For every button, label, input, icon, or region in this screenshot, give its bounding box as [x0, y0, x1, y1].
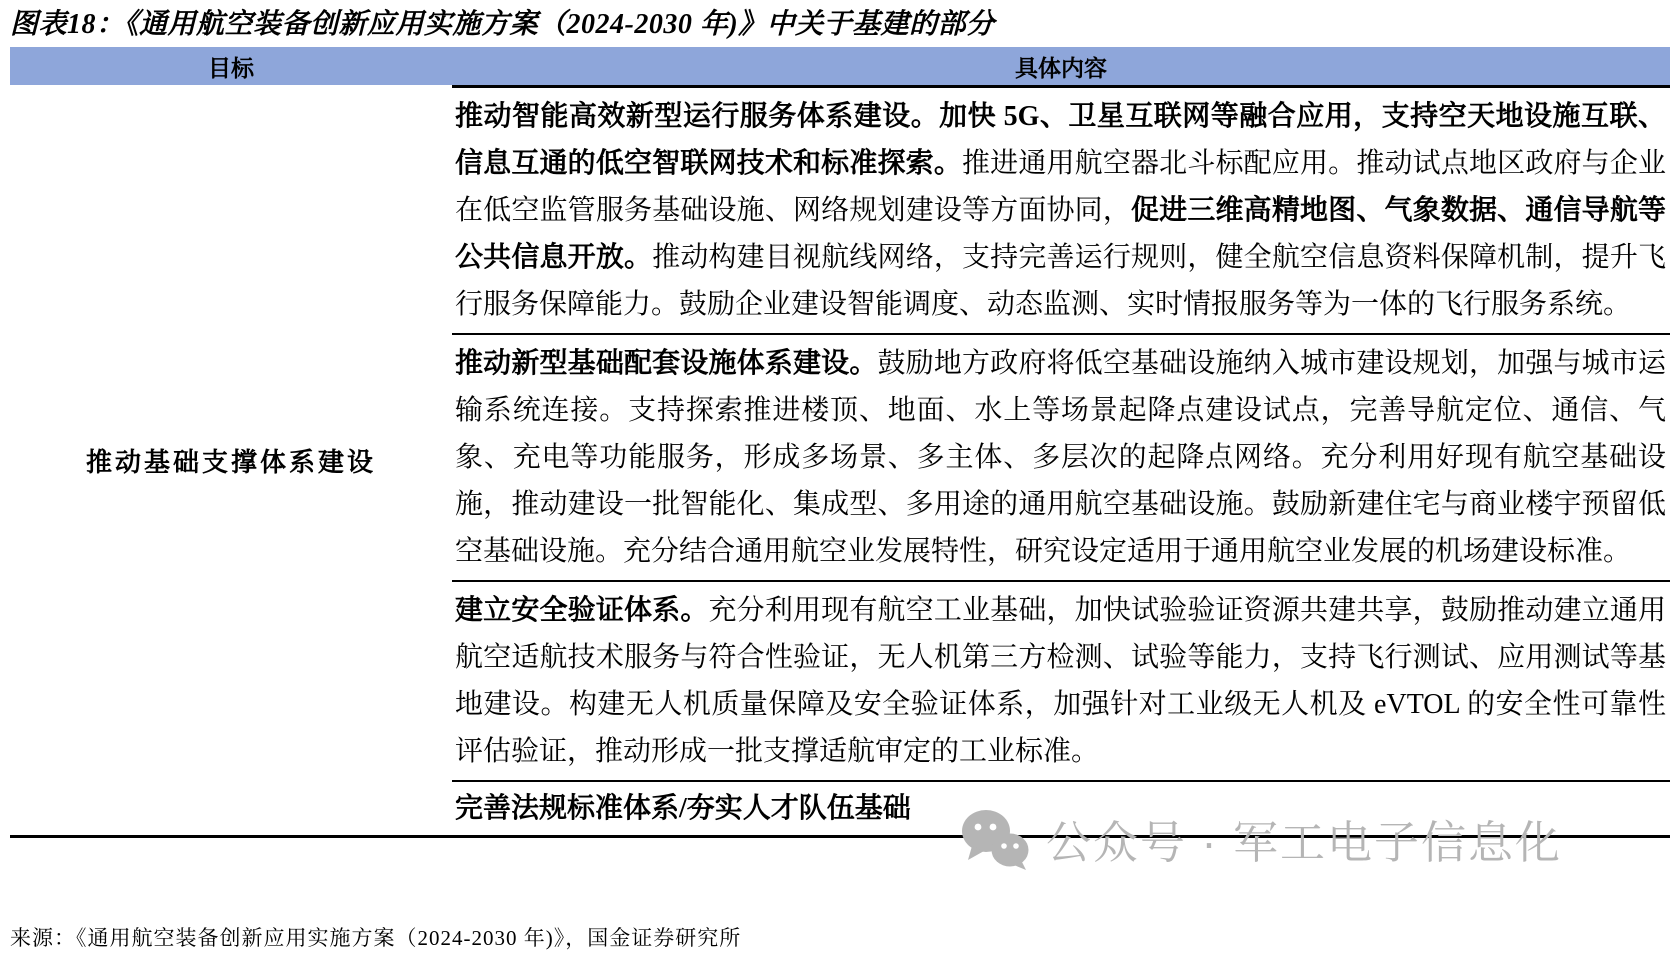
emphasis-text: 推动新型基础配套设施体系建设。 — [455, 348, 878, 379]
watermark: 公众号 · 军工电子信息化 — [960, 806, 1562, 871]
table-row: 推动智能高效新型运行服务体系建设。加快 5G、卫星互联网等融合应用，支持空天地设… — [452, 88, 1670, 333]
emphasis-text: 完善法规标准体系/夯实人才队伍基础 — [455, 793, 911, 824]
table-body: 推动基础支撑体系建设 推动智能高效新型运行服务体系建设。加快 5G、卫星互联网等… — [10, 85, 1670, 838]
source-note: 来源：《通用航空装备创新应用实施方案（2024-2030 年)》，国金证券研究所 — [10, 922, 741, 952]
figure-title: 图表18：《通用航空装备创新应用实施方案（2024-2030 年)》中关于基建的… — [10, 2, 995, 42]
wechat-icon — [960, 808, 1030, 870]
table-header-row: 目标 具体内容 — [10, 47, 1670, 85]
content-column: 推动智能高效新型运行服务体系建设。加快 5G、卫星互联网等融合应用，支持空天地设… — [452, 85, 1670, 835]
watermark-text: 公众号 · 军工电子信息化 — [1046, 806, 1562, 871]
table-row: 建立安全验证体系。充分利用现有航空工业基础，加快试验验证资源共建共享，鼓励推动建… — [452, 580, 1670, 780]
body-text: 鼓励地方政府将低空基础设施纳入城市建设规划，加强与城市运输系统连接。支持探索推进… — [455, 348, 1666, 567]
goal-cell: 推动基础支撑体系建设 — [10, 85, 452, 835]
column-header-goal: 目标 — [10, 50, 452, 83]
column-header-content: 具体内容 — [452, 50, 1670, 83]
report-page: 图表18：《通用航空装备创新应用实施方案（2024-2030 年)》中关于基建的… — [0, 0, 1677, 964]
figure-table: 目标 具体内容 推动基础支撑体系建设 推动智能高效新型运行服务体系建设。加快 5… — [10, 47, 1670, 838]
emphasis-text: 建立安全验证体系。 — [455, 595, 709, 626]
table-row: 推动新型基础配套设施体系建设。鼓励地方政府将低空基础设施纳入城市建设规划，加强与… — [452, 333, 1670, 580]
